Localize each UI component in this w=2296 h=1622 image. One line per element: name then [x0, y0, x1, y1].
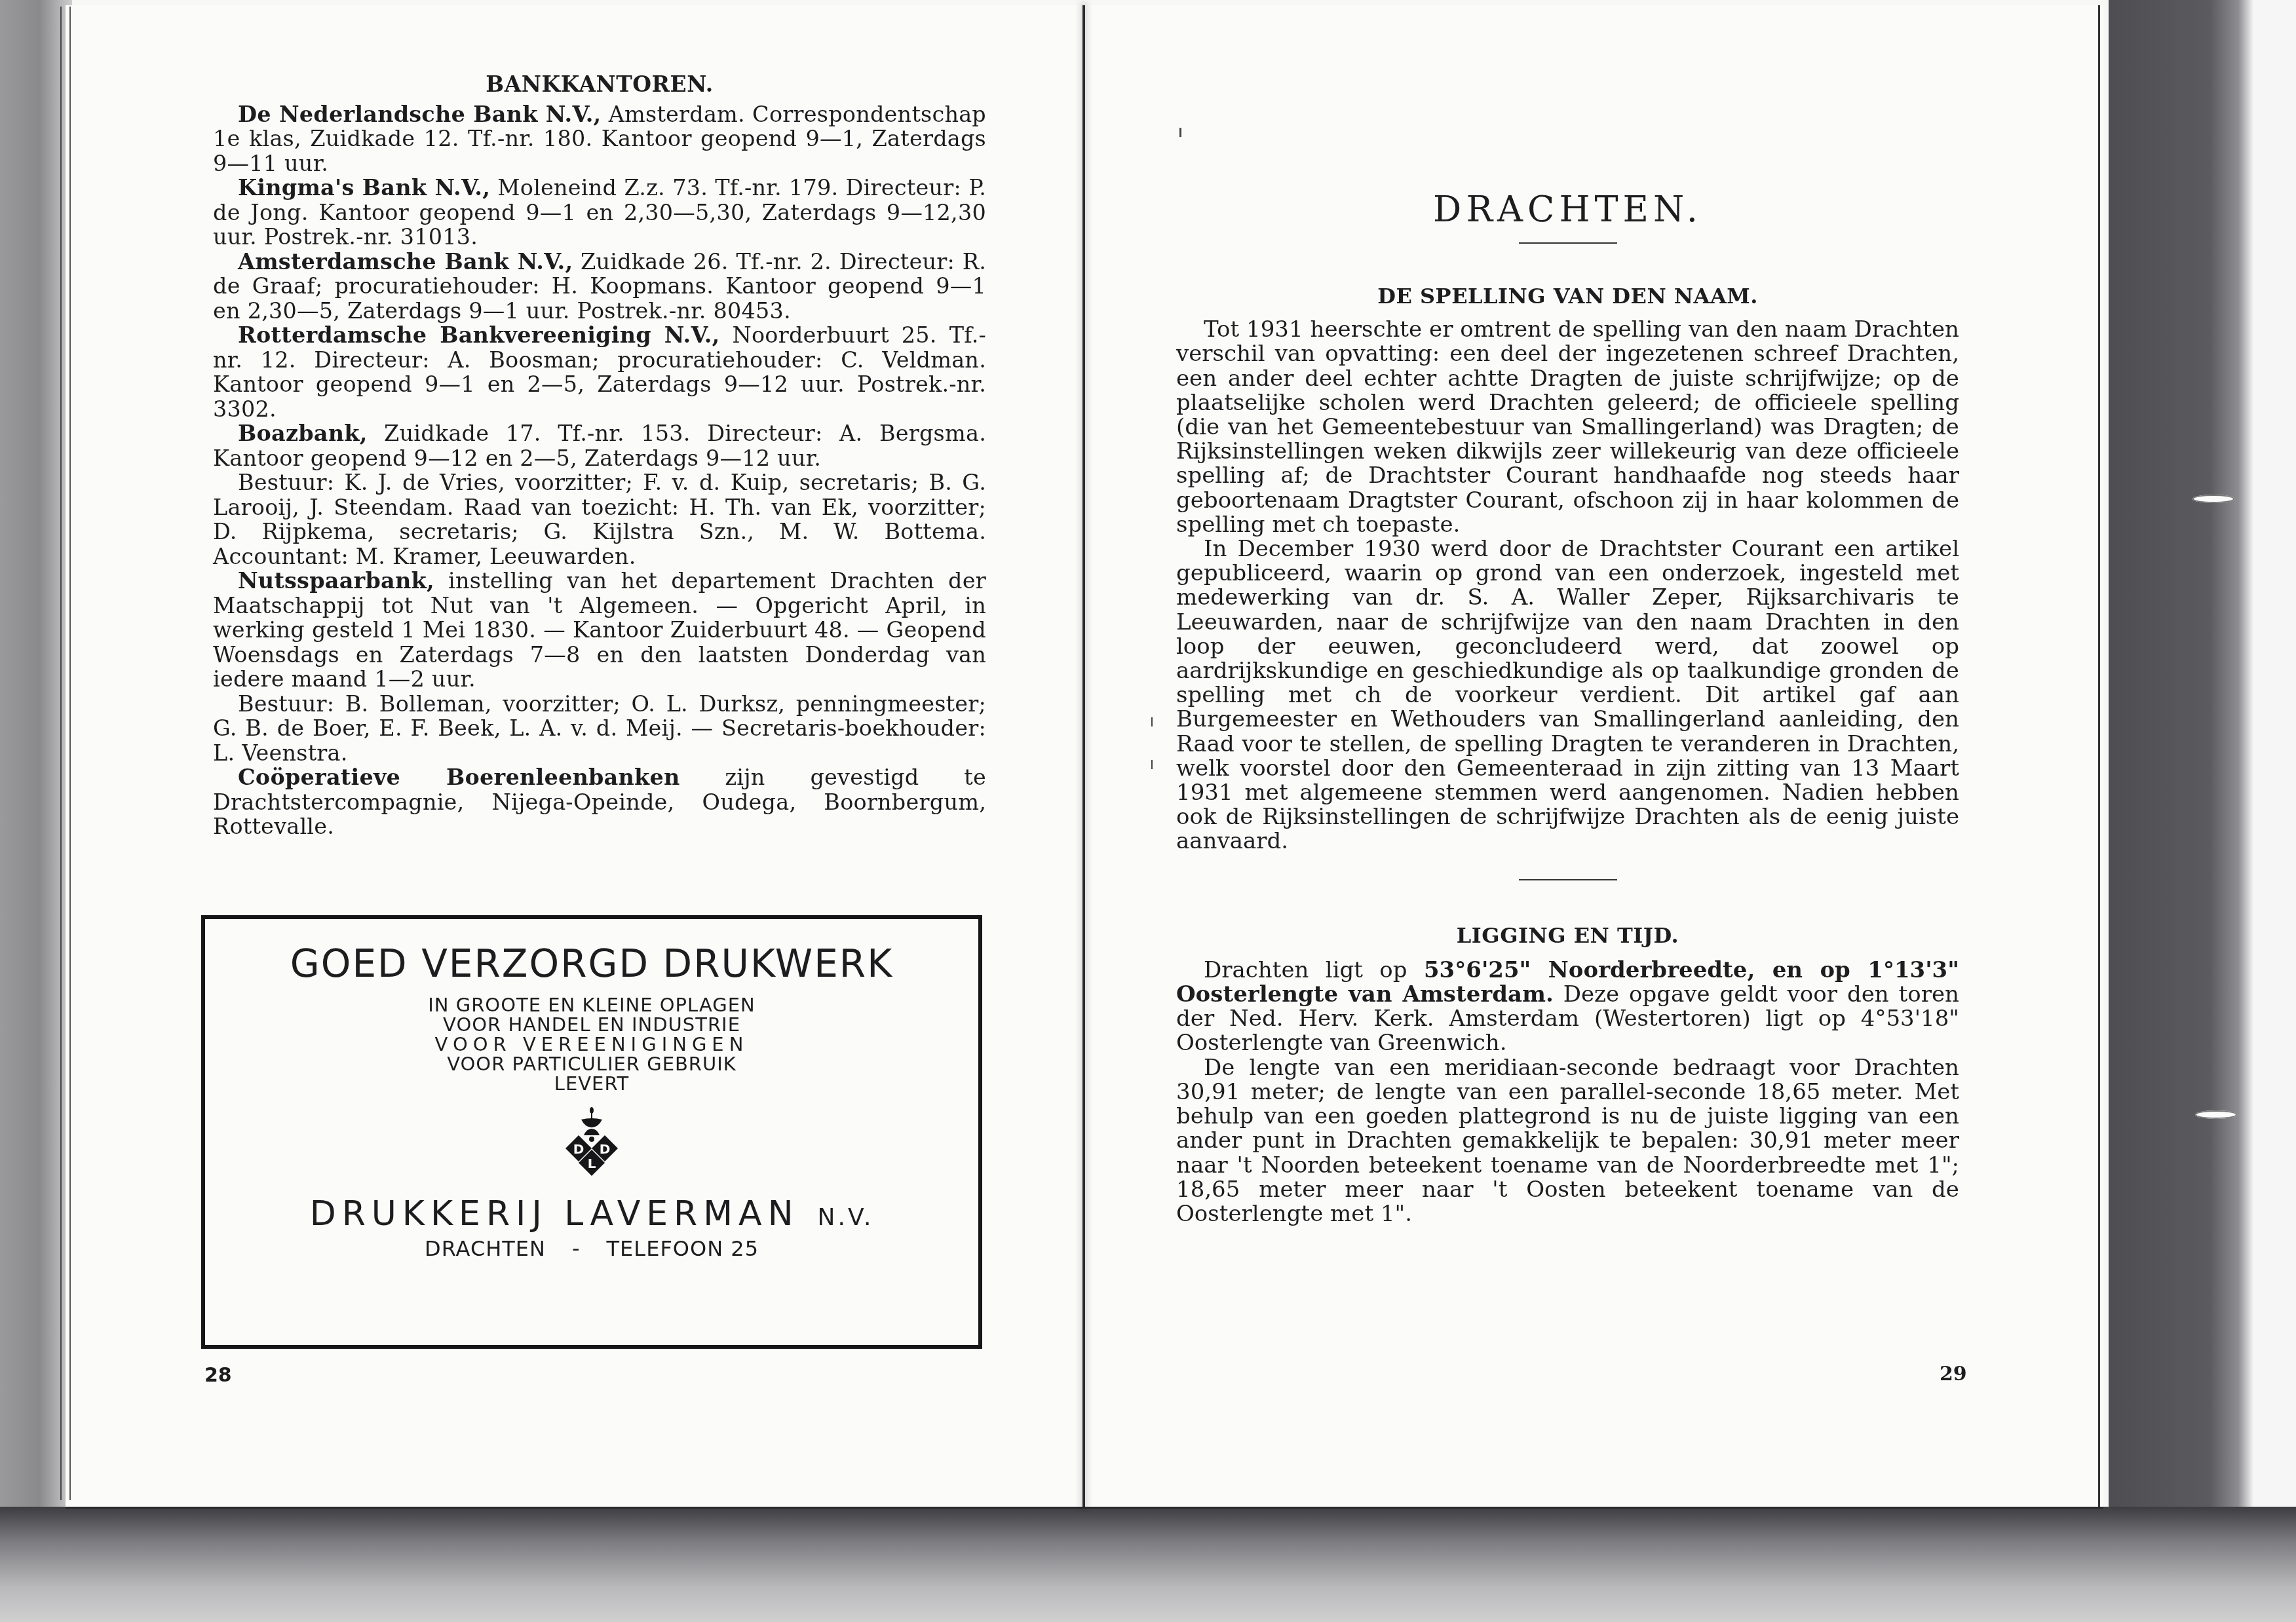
bank-name: De Nederlandsche Bank N.V.,: [238, 102, 601, 127]
svg-text:D: D: [573, 1141, 584, 1157]
scan-speck: [1151, 760, 1153, 769]
company-name: DRUKKERIJ LAVERMAN: [310, 1194, 799, 1234]
svg-text:D: D: [600, 1141, 611, 1157]
ad-service-lines: IN GROOTE EN KLEINE OPLAGEN VOOR HANDEL …: [205, 995, 978, 1093]
paragraph: Drachten ligt op 53°6'25" Noorderbreedte…: [1176, 958, 1959, 1056]
bank-entry: Boazbank, Zuidkade 17. Tf.-nr. 153. Dire…: [213, 421, 986, 470]
bank-entry: Rotterdamsche Bankvereeniging N.V., Noor…: [213, 323, 986, 421]
bank-name: Amsterdamsche Bank N.V.,: [238, 249, 573, 274]
page-stack-edge: [60, 7, 71, 1500]
intro-text: Drachten ligt op: [1204, 957, 1424, 983]
bank-entry: Kingma's Bank N.V., Moleneind Z.z. 73. T…: [213, 176, 986, 250]
section-heading-spelling: DE SPELLING VAN DEN NAAM.: [1176, 284, 1959, 309]
bank-details: Bestuur: B. Bolleman, voorzitter; O. L. …: [213, 691, 986, 766]
paragraph: De lengte van een meridiaan-seconde bedr…: [1176, 1056, 1959, 1226]
paragraph: Tot 1931 heerschte er omtrent de spellin…: [1176, 318, 1959, 537]
ad-separator: -: [572, 1236, 581, 1261]
binder-hole-icon: [2192, 495, 2234, 503]
section-heading-bankkantoren: BANKKANTOREN.: [213, 72, 986, 97]
section-heading-ligging: LIGGING EN TIJD.: [1176, 924, 1959, 948]
bank-details: Bestuur: K. J. de Vries, voorzitter; F. …: [213, 470, 986, 569]
ad-line: VOOR VEREENIGINGEN: [205, 1034, 978, 1054]
bank-name: Nutsspaarbank,: [238, 568, 434, 594]
scan-speck: [1179, 128, 1181, 137]
bank-name: Coöperatieve Boerenleenbanken: [238, 764, 680, 790]
svg-text:L: L: [588, 1156, 596, 1171]
scan-shadow-right: [2109, 0, 2253, 1622]
binder-hole-icon: [2195, 1110, 2237, 1119]
title-rule: [1519, 242, 1617, 244]
ad-company-name: DRUKKERIJ LAVERMANN.V.: [205, 1194, 978, 1234]
scan-shadow-bottom: [0, 1507, 2296, 1622]
bank-entry: Coöperatieve Boerenleenbanken zijn geves…: [213, 765, 986, 839]
page-number-left: 28: [204, 1364, 232, 1387]
ad-phone: TELEFOON 25: [607, 1236, 759, 1261]
bank-entry: Amsterdamsche Bank N.V., Zuidkade 26. Tf…: [213, 250, 986, 324]
printer-advertisement: GOED VERZORGD DRUKWERK IN GROOTE EN KLEI…: [201, 915, 982, 1349]
spelling-body: Tot 1931 heerschte er omtrent de spellin…: [1176, 318, 1959, 854]
book-gutter: [1082, 5, 1085, 1507]
bank-entries: De Nederlandsche Bank N.V., Amsterdam. C…: [213, 102, 986, 839]
left-page: BANKKANTOREN. De Nederlandsche Bank N.V.…: [213, 72, 986, 839]
ddl-diamond-logo-icon: D D L: [565, 1106, 618, 1185]
bank-entry: De Nederlandsche Bank N.V., Amsterdam. C…: [213, 102, 986, 176]
bank-name: Rotterdamsche Bankvereeniging N.V.,: [238, 322, 719, 348]
chapter-title: DRACHTEN.: [1176, 190, 1959, 229]
ad-line: IN GROOTE EN KLEINE OPLAGEN: [205, 995, 978, 1015]
bank-name: Kingma's Bank N.V.,: [238, 175, 490, 200]
company-suffix: N.V.: [818, 1204, 874, 1231]
bank-entry: Nutsspaarbank, instelling van het depart…: [213, 569, 986, 692]
ligging-body: Drachten ligt op 53°6'25" Noorderbreedte…: [1176, 958, 1959, 1226]
paragraph: In December 1930 werd door de Drachtster…: [1176, 537, 1959, 854]
bank-name: Boazbank,: [238, 421, 368, 446]
section-rule: [1519, 879, 1617, 880]
ad-city: DRACHTEN: [425, 1236, 546, 1261]
bank-board: Bestuur: B. Bolleman, voorzitter; O. L. …: [213, 692, 986, 766]
ad-headline: GOED VERZORGD DRUKWERK: [205, 941, 978, 986]
ad-line: VOOR PARTICULIER GEBRUIK: [205, 1054, 978, 1074]
ad-line: VOOR HANDEL EN INDUSTRIE: [205, 1015, 978, 1034]
right-page: DRACHTEN. DE SPELLING VAN DEN NAAM. Tot …: [1176, 190, 1959, 1226]
page-number-right: 29: [1940, 1363, 1967, 1386]
scanner-bed-edge: [2253, 0, 2296, 1622]
bank-board: Bestuur: K. J. de Vries, voorzitter; F. …: [213, 470, 986, 569]
right-page-edge: [2098, 5, 2100, 1507]
ad-address: DRACHTEN-TELEFOON 25: [205, 1236, 978, 1261]
scan-speck: [1151, 717, 1153, 726]
ad-line: LEVERT: [205, 1074, 978, 1093]
